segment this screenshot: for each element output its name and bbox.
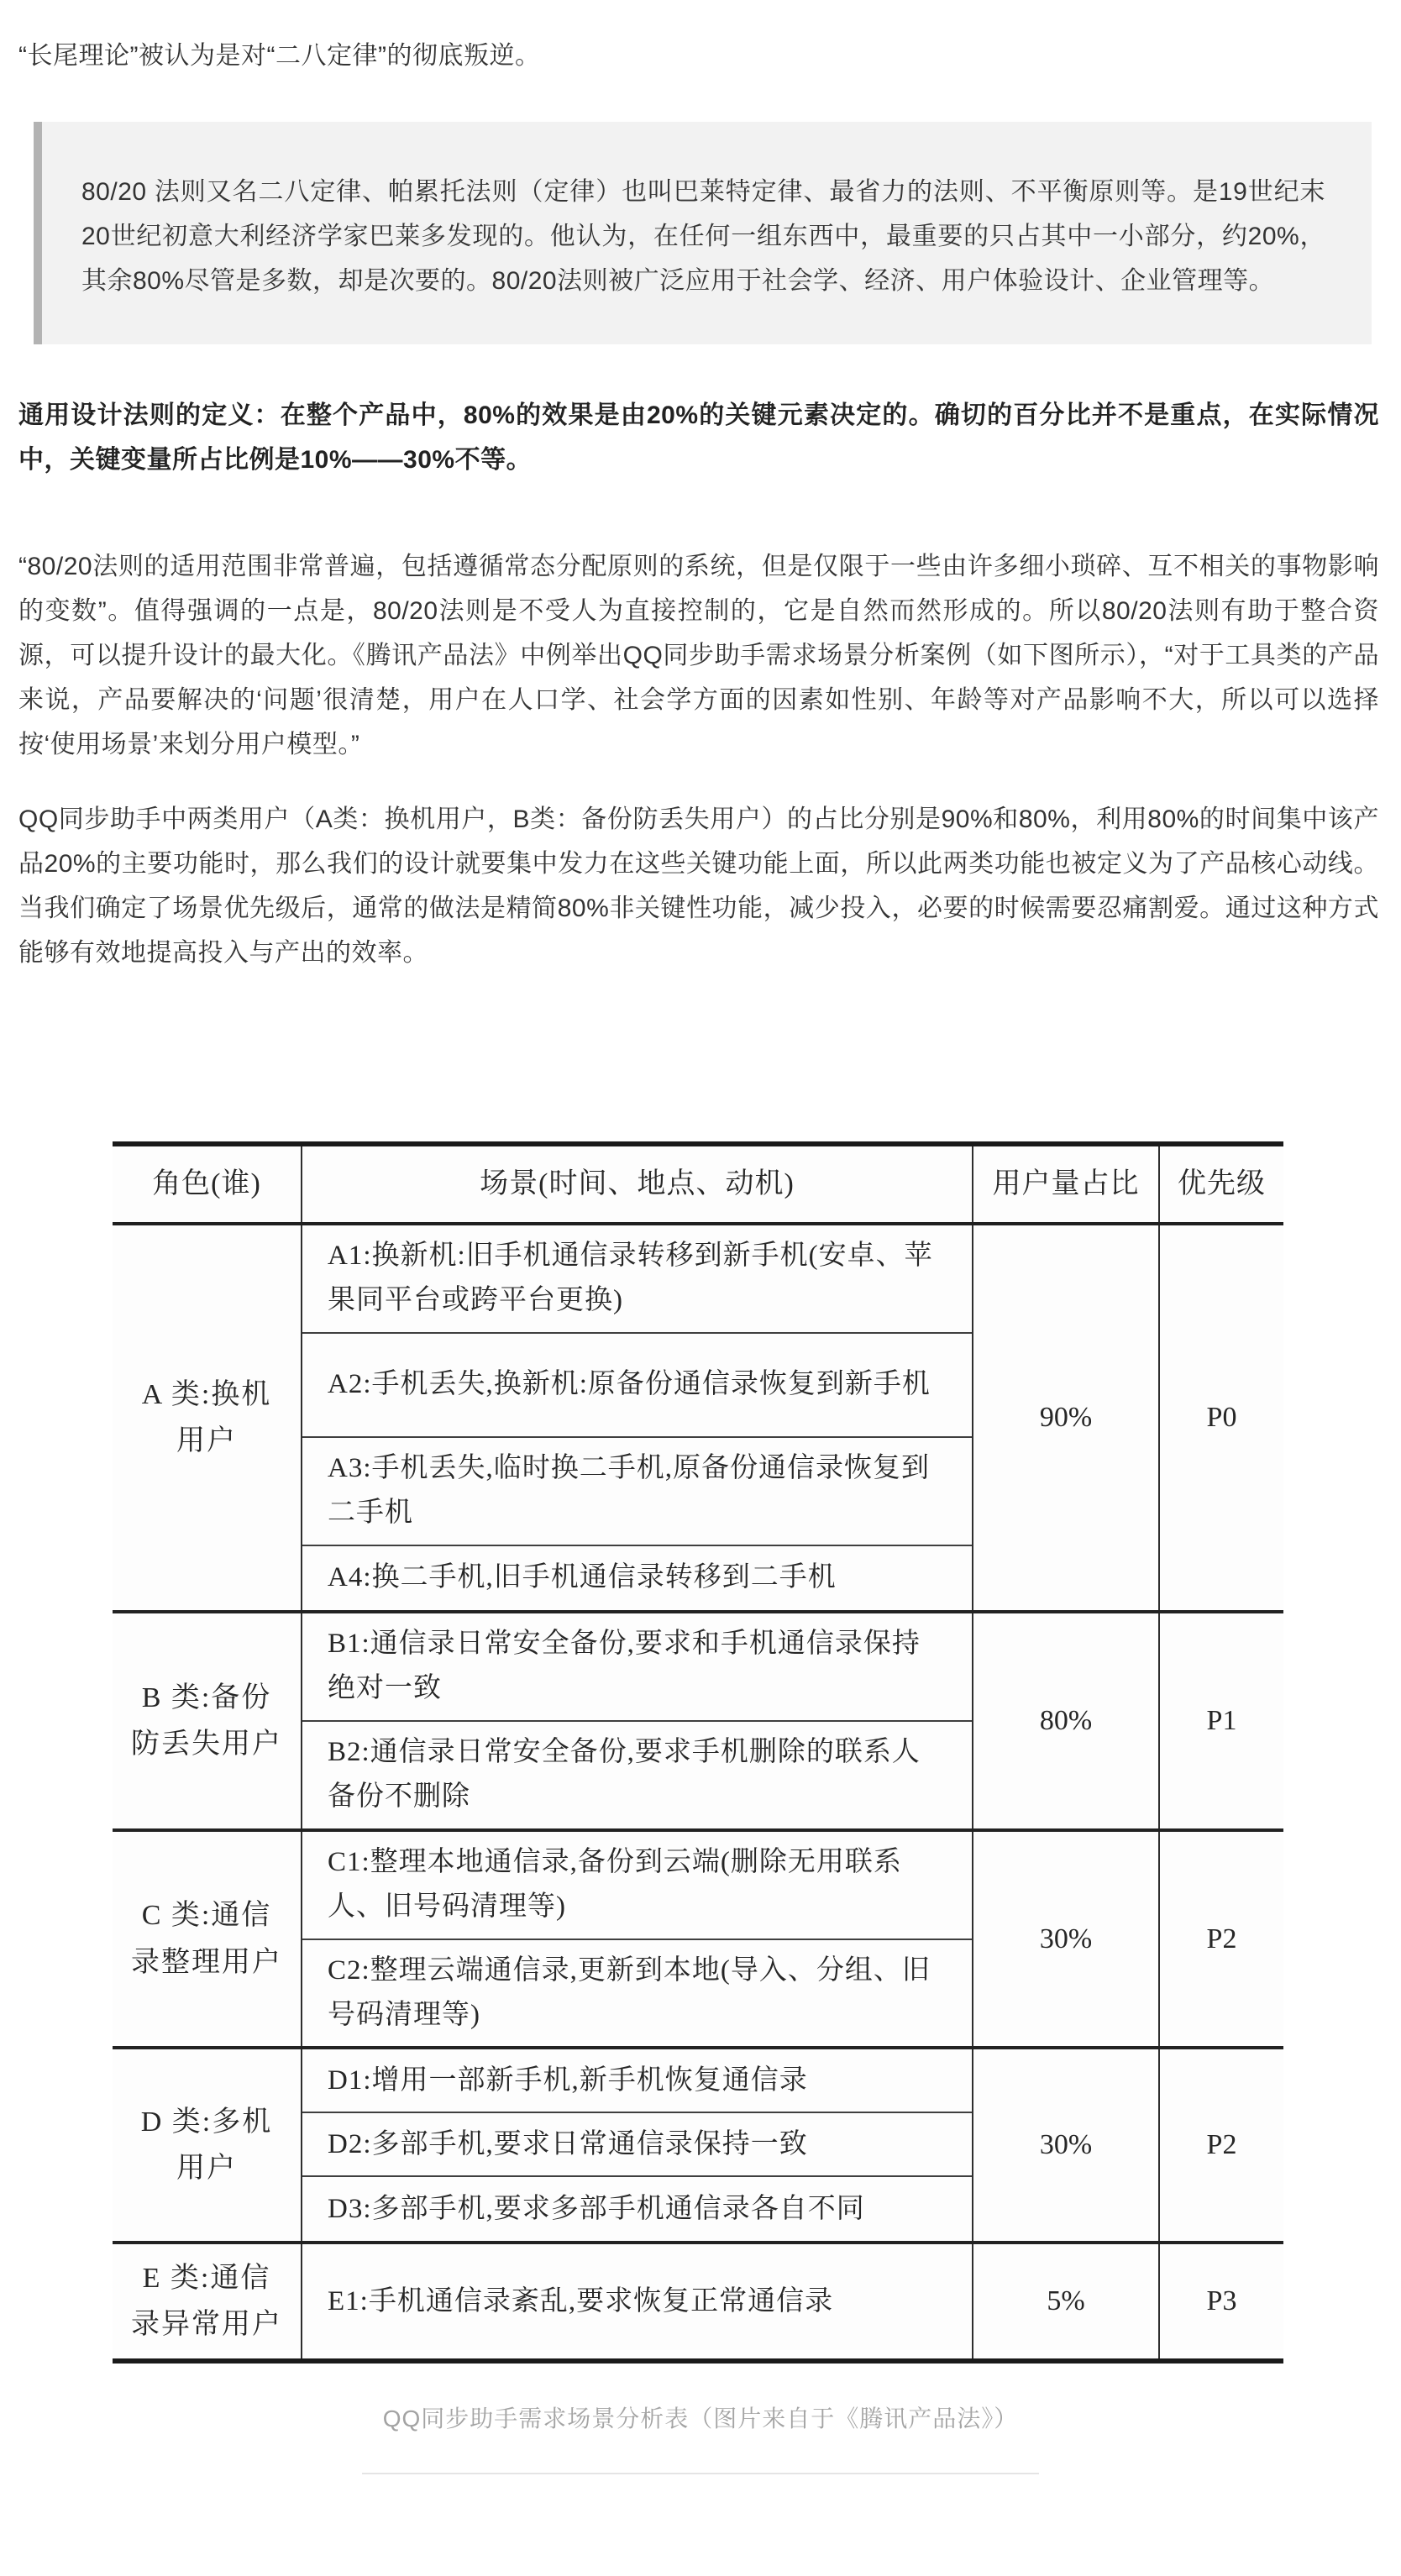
scenario-cell: A1:换新机:旧手机通信录转移到新手机(安卓、苹果同平台或跨平台更换): [302, 1225, 972, 1334]
priority-cell: P2: [1160, 2049, 1283, 2241]
share-cell: 80%: [973, 1613, 1160, 1828]
analysis-table: 角色(谁) 场景(时间、地点、动机) 用户量占比 优先级 A 类:换机用户 A1…: [113, 1141, 1283, 2364]
priority-cell: P2: [1160, 1832, 1283, 2047]
share-cell: 90%: [973, 1225, 1160, 1610]
section-divider: [362, 2473, 1039, 2474]
share-cell: 30%: [973, 2049, 1160, 2241]
scenario-cell: A2:手机丢失,换新机:原备份通信录恢复到新手机: [302, 1334, 972, 1438]
table-header-row: 角色(谁) 场景(时间、地点、动机) 用户量占比 优先级: [113, 1146, 1283, 1225]
quote-block: 80/20 法则又名二八定律、帕累托法则（定律）也叫巴莱特定律、最省力的法则、不…: [34, 122, 1372, 344]
scenario-cell: A4:换二手机,旧手机通信录转移到二手机: [302, 1546, 972, 1610]
role-cell: C 类:通信录整理用户: [113, 1832, 301, 2047]
scenario-stack: B1:通信录日常安全备份,要求和手机通信录保持绝对一致 B2:通信录日常安全备份…: [301, 1613, 973, 1828]
scenario-cell: D3:多部手机,要求多部手机通信录各自不同: [302, 2177, 972, 2241]
scenario-cell: E1:手机通信录紊乱,要求恢复正常通信录: [302, 2244, 972, 2358]
intro-paragraph: “长尾理论”被认为是对“二八定律”的彻底叛逆。: [18, 34, 1379, 78]
scenario-cell: C2:整理云端通信录,更新到本地(导入、分组、旧号码清理等): [302, 1940, 972, 2047]
header-cell-priority: 优先级: [1160, 1146, 1283, 1222]
figure-caption: QQ同步助手需求场景分析表（图片来自于《腾讯产品法》）: [0, 2400, 1401, 2434]
role-cell: D 类:多机用户: [113, 2049, 301, 2241]
table-group-e: E 类:通信录异常用户 E1:手机通信录紊乱,要求恢复正常通信录 5% P3: [113, 2244, 1283, 2358]
scenario-cell: B1:通信录日常安全备份,要求和手机通信录保持绝对一致: [302, 1613, 972, 1722]
definition-paragraph: 通用设计法则的定义：在整个产品中，80%的效果是由20%的关键元素决定的。确切的…: [18, 393, 1379, 482]
role-cell: A 类:换机用户: [113, 1225, 301, 1610]
scenario-cell: D2:多部手机,要求日常通信录保持一致: [302, 2113, 972, 2177]
article-page: “长尾理论”被认为是对“二八定律”的彻底叛逆。 80/20 法则又名二八定律、帕…: [0, 0, 1401, 2576]
priority-cell: P1: [1160, 1613, 1283, 1828]
header-cell-role: 角色(谁): [113, 1146, 301, 1222]
share-cell: 5%: [973, 2244, 1160, 2358]
scenario-cell: A3:手机丢失,临时换二手机,原备份通信录恢复到二手机: [302, 1438, 972, 1546]
priority-cell: P3: [1160, 2244, 1283, 2358]
role-cell: B 类:备份防丢失用户: [113, 1613, 301, 1828]
table-group-d: D 类:多机用户 D1:增用一部新手机,新手机恢复通信录 D2:多部手机,要求日…: [113, 2049, 1283, 2244]
scenario-stack: C1:整理本地通信录,备份到云端(删除无用联系人、旧号码清理等) C2:整理云端…: [301, 1832, 973, 2047]
share-cell: 30%: [973, 1832, 1160, 2047]
header-cell-share: 用户量占比: [973, 1146, 1160, 1222]
table-group-a: A 类:换机用户 A1:换新机:旧手机通信录转移到新手机(安卓、苹果同平台或跨平…: [113, 1225, 1283, 1613]
scenario-cell: D1:增用一部新手机,新手机恢复通信录: [302, 2049, 972, 2113]
role-cell: E 类:通信录异常用户: [113, 2244, 301, 2358]
scenario-stack: A1:换新机:旧手机通信录转移到新手机(安卓、苹果同平台或跨平台更换) A2:手…: [301, 1225, 973, 1610]
priority-cell: P0: [1160, 1225, 1283, 1610]
scenario-stack: E1:手机通信录紊乱,要求恢复正常通信录: [301, 2244, 973, 2358]
scope-paragraph: “80/20法则的适用范围非常普遍，包括遵循常态分配原则的系统，但是仅限于一些由…: [18, 544, 1379, 767]
quote-text: 80/20 法则又名二八定律、帕累托法则（定律）也叫巴莱特定律、最省力的法则、不…: [81, 170, 1325, 303]
header-cell-scenario: 场景(时间、地点、动机): [301, 1146, 973, 1222]
table-group-c: C 类:通信录整理用户 C1:整理本地通信录,备份到云端(删除无用联系人、旧号码…: [113, 1832, 1283, 2050]
qq-users-paragraph: QQ同步助手中两类用户（A类：换机用户，B类：备份防丢失用户）的占比分别是90%…: [18, 797, 1379, 975]
scenario-stack: D1:增用一部新手机,新手机恢复通信录 D2:多部手机,要求日常通信录保持一致 …: [301, 2049, 973, 2241]
table-group-b: B 类:备份防丢失用户 B1:通信录日常安全备份,要求和手机通信录保持绝对一致 …: [113, 1613, 1283, 1832]
scenario-cell: B2:通信录日常安全备份,要求手机删除的联系人备份不删除: [302, 1722, 972, 1828]
scenario-cell: C1:整理本地通信录,备份到云端(删除无用联系人、旧号码清理等): [302, 1832, 972, 1940]
analysis-table-figure: 角色(谁) 场景(时间、地点、动机) 用户量占比 优先级 A 类:换机用户 A1…: [0, 1141, 1401, 2474]
